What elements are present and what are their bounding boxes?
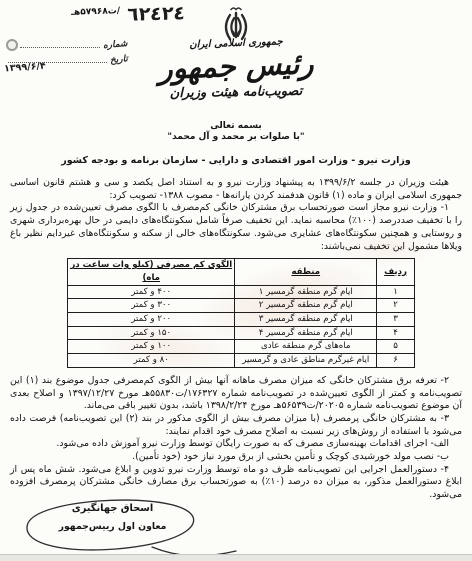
region-cell: ماه‌های گرم منطقه عادی <box>235 340 377 354</box>
recipients-line: وزارت نیرو - وزارت امور اقتصادی و دارایی… <box>0 155 472 166</box>
table-row: ۵ ماه‌های گرم منطقه عادی ۱۰۰ و کمتر <box>68 340 415 354</box>
region-cell: ایام گرم منطقه گرمسیر ۳ <box>235 313 377 327</box>
registration-number-suffix: /ت۵۷۹۶۸هـ <box>71 6 120 18</box>
table-row: ۲ ایام گرم منطقه گرمسیر ۲ ۳۰۰ و کمتر <box>68 299 415 313</box>
region-cell: ایام گرم منطقه گرمسیر ۱ <box>235 285 377 299</box>
pattern-cell: ۱۵۰ و کمتر <box>68 326 235 340</box>
region-cell: ایام گرم منطقه گرمسیر ۴ <box>235 326 377 340</box>
invocation-block: بسمه تعالی "با صلوات بر محمد و آل محمد" … <box>0 121 472 166</box>
letterhead: جمهوری اسلامی ایران رئیس جمهور تصویب‌نام… <box>0 38 472 100</box>
table-header-row: ردیف منطقه الگوی کم مصرفی (کیلو وات ساعت… <box>68 259 415 285</box>
row-number-cell: ۵ <box>377 340 415 354</box>
item-alef: الف- اجرای اقدامات بهینه‌سازی مصرف که به… <box>10 438 462 451</box>
handwritten-registration-number: ٦٢٤٢٤ <box>127 2 186 26</box>
header-pattern: الگوی کم مصرفی (کیلو وات ساعت در ماه) <box>68 259 235 285</box>
header-row-number: ردیف <box>377 259 415 285</box>
pattern-cell: ۳۰۰ و کمتر <box>68 299 235 313</box>
salutation-text: "با صلوات بر محمد و آل محمد" <box>0 132 472 142</box>
scanned-document-page: { "document": { "ref": { "handwritten_nu… <box>0 0 472 561</box>
consumption-pattern-table: ردیف منطقه الگوی کم مصرفی (کیلو وات ساعت… <box>67 258 415 368</box>
item-be: ب- نصب مولد خورشیدی کوچک و تأمین بخشی از… <box>10 451 462 464</box>
row-number-cell: ۶ <box>377 354 415 368</box>
pattern-cell: ۸۰ و کمتر <box>68 354 235 368</box>
row-number-cell: ۱ <box>377 285 415 299</box>
pattern-cell: ۴۰۰ و کمتر <box>68 285 235 299</box>
clause-4: ۴- دستورالعمل اجرایی این تصویب‌نامه ظرف … <box>10 464 462 502</box>
intro-paragraph: هیئت وزیران در جلسه ۱۳۹۹/۶/۲ به پیشنهاد … <box>10 177 462 202</box>
signer-name: اسحاق جهانگیری <box>30 503 195 514</box>
row-number-cell: ۲ <box>377 299 415 313</box>
region-cell: ایام گرم منطقه گرمسیر ۲ <box>235 299 377 313</box>
row-number-cell: ۴ <box>377 326 415 340</box>
pattern-cell: ۱۰۰ و کمتر <box>68 340 235 354</box>
table-row: ۶ ایام غیرگرم مناطق عادی و گرمسیر ۸۰ و ک… <box>68 354 415 368</box>
clause-3: ۳- به مشترکان خانگی پرمصرف (با میزان مصر… <box>10 413 462 438</box>
registration-number-block: ٦٢٤٢٤ /ت۵۷۹۶۸هـ <box>10 3 185 25</box>
pattern-cell: ۲۰۰ و کمتر <box>68 313 235 327</box>
table-row: ۴ ایام گرم منطقه گرمسیر ۴ ۱۵۰ و کمتر <box>68 326 415 340</box>
clause-2: ۲- تعرفه برق مشترکان خانگی که میزان مصرف… <box>10 375 462 413</box>
signer-title: معاون اول رییس‌جمهور <box>30 521 195 532</box>
row-number-cell: ۳ <box>377 313 415 327</box>
region-cell: ایام غیرگرم مناطق عادی و گرمسیر <box>235 354 377 368</box>
table-row: ۳ ایام گرم منطقه گرمسیر ۳ ۲۰۰ و کمتر <box>68 313 415 327</box>
signature-block: اسحاق جهانگیری معاون اول رییس‌جمهور <box>30 503 195 532</box>
table-row: ۱ ایام گرم منطقه گرمسیر ۱ ۴۰۰ و کمتر <box>68 285 415 299</box>
scan-edge <box>0 554 472 561</box>
clause-1: ۱- وزارت نیرو مجاز است صورتحساب برق مشتر… <box>10 202 462 253</box>
header-region: منطقه <box>235 259 377 285</box>
document-body: هیئت وزیران در جلسه ۱۳۹۹/۶/۲ به پیشنهاد … <box>10 177 462 502</box>
invocation-text: بسمه تعالی <box>0 121 472 131</box>
